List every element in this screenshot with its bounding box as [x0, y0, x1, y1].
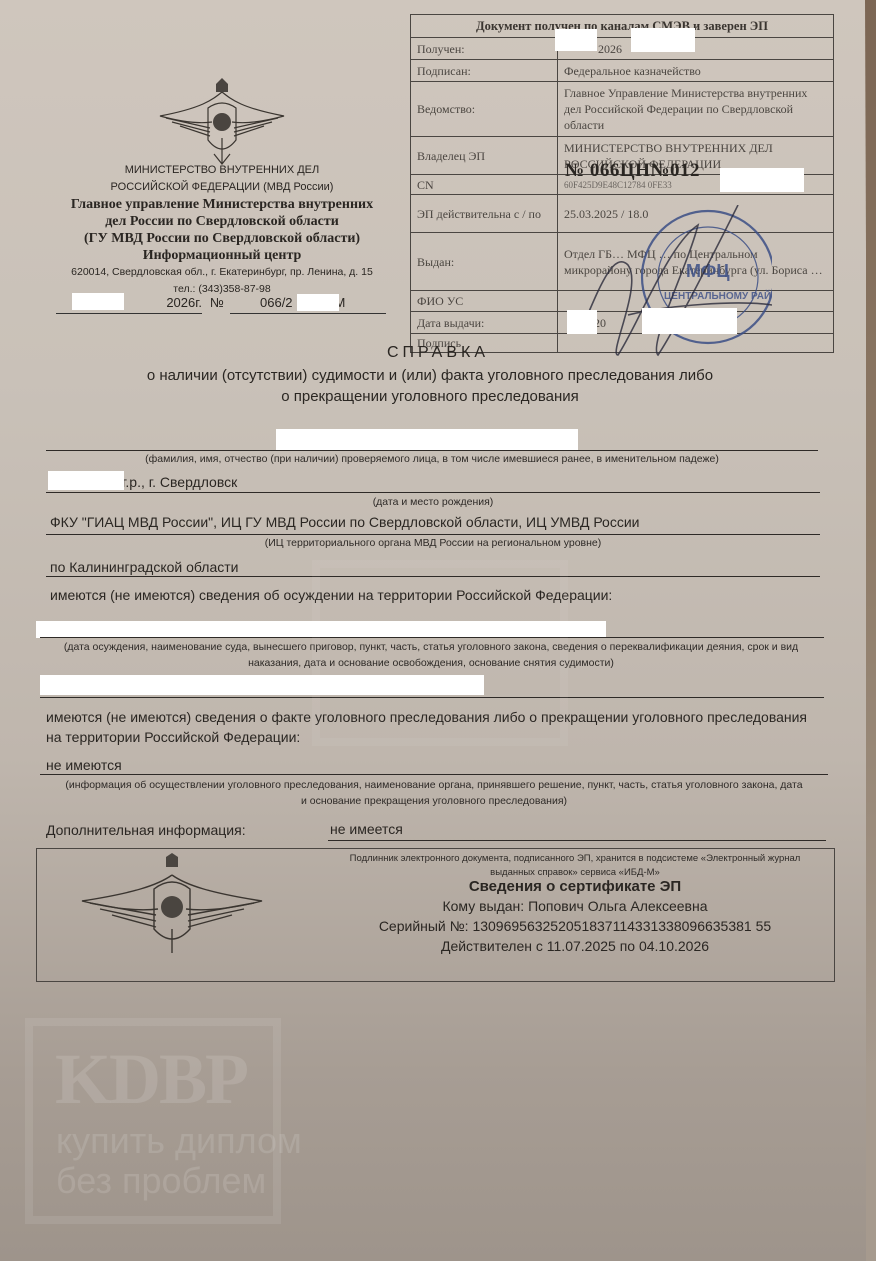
prosecution-value: не имеются [46, 757, 122, 773]
row-key: CN [411, 175, 558, 195]
prosecution-caption-line-1: (информация об осуществлении уголовного … [34, 777, 834, 793]
redaction [48, 471, 124, 490]
redaction [555, 29, 597, 51]
ic-value-2: по Калининградской области [50, 559, 238, 575]
certificate-validity: Действителен с 11.07.2025 по 04.10.2026 [320, 938, 830, 954]
table-row: ЭП действительна с / по25.03.2025 / 18.0 [411, 195, 834, 233]
redaction [631, 28, 695, 52]
overlay-registration-number: № 066ЦН№012 [565, 160, 700, 182]
birth-value: г.р., г. Свердловск [122, 474, 237, 490]
table-row: Подписан:Федеральное казначейство [411, 60, 834, 82]
redaction [276, 429, 578, 451]
certificate-note: Подлинник электронного документа, подпис… [320, 852, 830, 880]
certificate-title: Сведения о сертификате ЭП [320, 878, 830, 895]
watermark-frame-center [312, 560, 568, 746]
fio-caption: (фамилия, имя, отчество (при наличии) пр… [46, 451, 818, 468]
row-value: Отдел ГБ… МФЦ … по Центральном микрорайо… [558, 233, 834, 291]
additional-underline [328, 840, 826, 841]
subtitle-line-1: о наличии (отсутствии) судимости и (или)… [0, 365, 860, 386]
prosecution-underline [40, 774, 828, 775]
row-value: 2026 [558, 38, 834, 60]
redaction [720, 168, 804, 192]
row-key: Дата выдачи: [411, 312, 558, 334]
table-row: ФИО УС [411, 291, 834, 312]
ic-caption: (ИЦ территориального органа МВД России н… [46, 535, 820, 552]
watermark-frame [25, 1018, 281, 1224]
table-row: Дата выдачи:20 [411, 312, 834, 334]
row-value: 25.03.2025 / 18.0 [558, 195, 834, 233]
gu-line-1: Главное управление Министерства внутренн… [52, 196, 392, 213]
document-subtitle: о наличии (отсутствии) судимости и (или)… [0, 365, 860, 407]
certificate-issued-to: Кому выдан: Попович Ольга Алексеевна [320, 898, 830, 914]
prosecution-caption: (информация об осуществлении уголовного … [34, 777, 834, 809]
ic-value: ФКУ "ГИАЦ МВД России", ИЦ ГУ МВД России … [50, 514, 639, 530]
row-key: Выдан: [411, 233, 558, 291]
row-key: ЭП действительна с / по [411, 195, 558, 233]
gu-line-3: (ГУ МВД России по Свердловской области) [52, 230, 392, 247]
number-prefix: 066/2 [260, 295, 293, 310]
issuer-header: МИНИСТЕРСТВО ВНУТРЕННИХ ДЕЛ РОССИЙСКОЙ Ф… [52, 162, 392, 298]
table-row: Выдан:Отдел ГБ… МФЦ … по Центральном мик… [411, 233, 834, 291]
info-center: Информационный центр [52, 247, 392, 264]
mvd-eagle-emblem-icon [152, 78, 292, 168]
row-value: Главное Управление Министерства внутренн… [558, 82, 834, 137]
redaction [72, 293, 124, 310]
document-title: СПРАВКА [0, 344, 876, 362]
table-row: Ведомство:Главное Управление Министерств… [411, 82, 834, 137]
row-key: ФИО УС [411, 291, 558, 312]
certificate-note-line-1: Подлинник электронного документа, подпис… [320, 852, 830, 866]
ministry-line-2: РОССИЙСКОЙ ФЕДЕРАЦИИ (МВД России) [52, 179, 392, 196]
gu-line-2: дел России по Свердловской области [52, 213, 392, 230]
row-key: Ведомство: [411, 82, 558, 137]
redaction [567, 310, 597, 334]
row-value: Федеральное казначейство [558, 60, 834, 82]
birth-underline [46, 492, 820, 493]
issuer-address: 620014, Свердловская обл., г. Екатеринбу… [52, 264, 392, 281]
birth-caption: (дата и место рождения) [46, 494, 820, 511]
certificate-serial: Серийный №: 1309695632520518371143313380… [320, 918, 830, 934]
smev-table-title: Документ получен по каналам СМЭВ и завер… [411, 15, 834, 38]
redaction [297, 294, 339, 311]
date-year: 2026г. [166, 295, 202, 310]
number-sign: № [210, 295, 224, 310]
additional-label: Дополнительная информация: [46, 822, 246, 838]
row-key: Владелец ЭП [411, 137, 558, 175]
row-key: Получен: [411, 38, 558, 60]
row-key: Подписан: [411, 60, 558, 82]
prosecution-caption-line-2: и основание прекращения уголовного пресл… [34, 793, 834, 809]
mvd-eagle-emblem-icon [74, 853, 270, 953]
table-row: Получен:2026 [411, 38, 834, 60]
ministry-line-1: МИНИСТЕРСТВО ВНУТРЕННИХ ДЕЛ [52, 162, 392, 179]
additional-value: не имеется [330, 821, 403, 837]
subtitle-line-2: о прекращении уголовного преследования [0, 386, 860, 407]
redaction [642, 308, 737, 334]
